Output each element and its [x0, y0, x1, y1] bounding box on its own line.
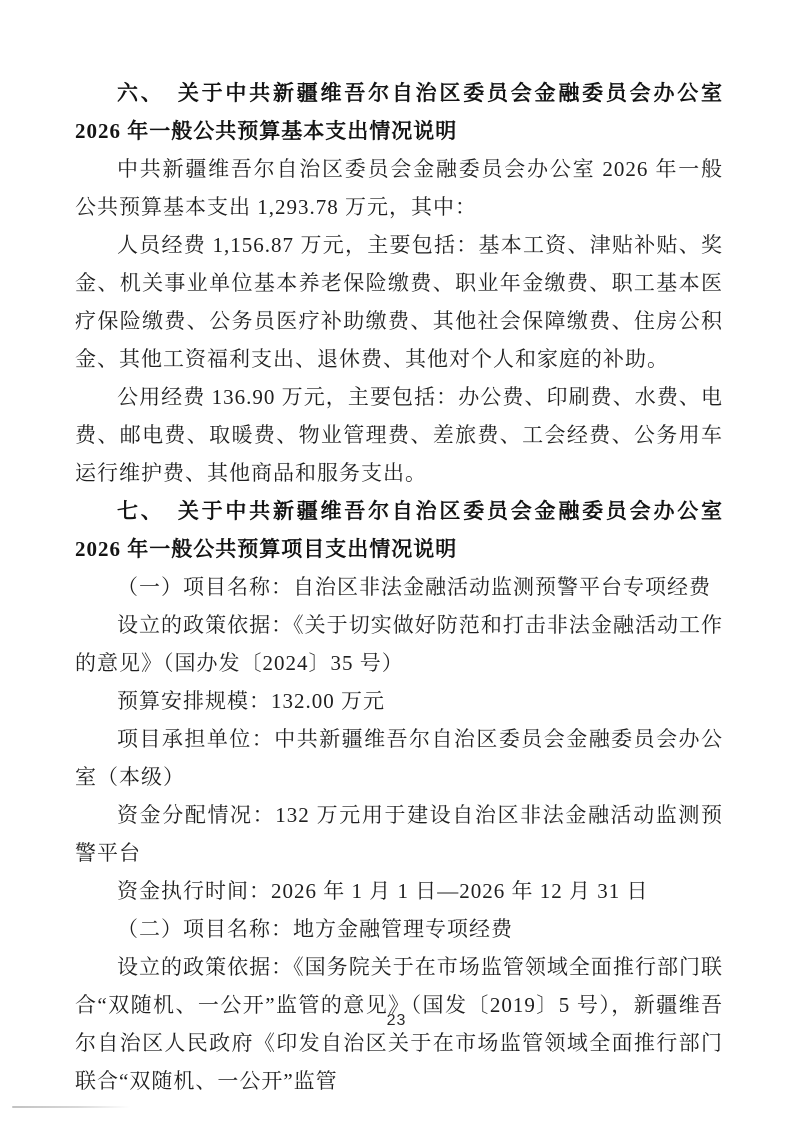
- para-project1-name: （一）项目名称：自治区非法金融活动监测预警平台专项经费: [75, 568, 723, 606]
- para-public-funds: 公用经费 136.90 万元，主要包括：办公费、印刷费、水费、电费、邮电费、取暖…: [75, 378, 723, 492]
- para-project1-policy-basis: 设立的政策依据：《关于切实做好防范和打击非法金融活动工作的意见》（国办发〔202…: [75, 606, 723, 682]
- section-6-heading: 六、 关于中共新疆维吾尔自治区委员会金融委员会办公室 2026 年一般公共预算基…: [75, 74, 723, 150]
- para-project1-budget-scale: 预算安排规模：132.00 万元: [75, 682, 723, 720]
- para-personnel-funds: 人员经费 1,156.87 万元，主要包括：基本工资、津贴补贴、奖金、机关事业单…: [75, 226, 723, 378]
- para-project1-unit: 项目承担单位：中共新疆维吾尔自治区委员会金融委员会办公室（本级）: [75, 720, 723, 796]
- document-body: 六、 关于中共新疆维吾尔自治区委员会金融委员会办公室 2026 年一般公共预算基…: [75, 74, 723, 1100]
- document-page: 六、 关于中共新疆维吾尔自治区委员会金融委员会办公室 2026 年一般公共预算基…: [0, 0, 793, 1121]
- para-project1-exec-time: 资金执行时间：2026 年 1 月 1 日—2026 年 12 月 31 日: [75, 872, 723, 910]
- scan-artifact-line: [12, 1106, 130, 1108]
- para-project1-allocation: 资金分配情况：132 万元用于建设自治区非法金融活动监测预警平台: [75, 796, 723, 872]
- para-basic-expenditure-total: 中共新疆维吾尔自治区委员会金融委员会办公室 2026 年一般公共预算基本支出 1…: [75, 150, 723, 226]
- para-project2-name: （二）项目名称：地方金融管理专项经费: [75, 910, 723, 948]
- section-7-heading: 七、 关于中共新疆维吾尔自治区委员会金融委员会办公室 2026 年一般公共预算项…: [75, 492, 723, 568]
- page-number: 23: [0, 1012, 793, 1030]
